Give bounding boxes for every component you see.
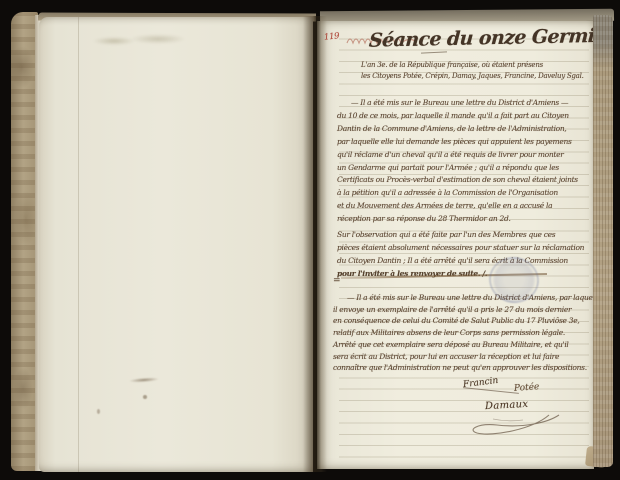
scanned-book-photo: Plaines 119 Séance du onze Germinal L'an… <box>0 0 620 480</box>
manuscript-line: à la pétition qu'il a adressée à la Comm… <box>337 187 578 200</box>
ink-bleedthrough <box>81 31 191 51</box>
paragraph-3: — Il a été mis sur le Bureau une lettre … <box>333 292 594 374</box>
ink-smudge <box>123 376 165 385</box>
manuscript-line: sera écrit au District, pour lui en accu… <box>333 351 594 363</box>
left-page-blank <box>39 17 313 472</box>
manuscript-line: Certificats ou Procès-verbal d'estimatio… <box>337 174 578 187</box>
manuscript-line: Arrêté que cet exemplaire sera déposé au… <box>333 339 594 351</box>
page-edges-right <box>593 15 613 467</box>
margin-rule-line <box>78 17 79 472</box>
manuscript-line: pièces étaient absolument nécessaires po… <box>337 242 584 255</box>
manuscript-line: il envoye un exemplaire de l'arrêté qu'i… <box>333 304 594 316</box>
book-spine-edge <box>11 12 38 471</box>
ink-speck <box>97 409 100 414</box>
book-gutter-shadow <box>303 16 327 472</box>
manuscript-line: les Citoyens Potée, Crépin, Damay, Jaque… <box>361 71 584 82</box>
manuscript-line: qu'il réclame d'un cheval qu'il a été re… <box>337 149 578 162</box>
manuscript-line: — Il a été mis sur le Bureau une lettre … <box>337 97 578 110</box>
seance-title: Séance du onze Germinal <box>368 24 594 51</box>
margin-mark: = <box>333 276 341 286</box>
ink-speck <box>143 395 147 399</box>
manuscript-line: par laquelle elle lui demande les pièces… <box>337 136 578 149</box>
right-page-manuscript: Plaines 119 Séance du onze Germinal L'an… <box>317 21 594 469</box>
manuscript-line: un Gendarme qui partait pour l'Armée ; q… <box>337 162 578 175</box>
manuscript-line: du Citoyen Dantin ; Il a été arrêté qu'i… <box>337 255 584 268</box>
signature: Potée <box>514 382 540 394</box>
manuscript-line: relatif aux Militaires absens de leur Co… <box>333 327 594 339</box>
manuscript-line: — Il a été mis sur le Bureau une lettre … <box>333 292 594 304</box>
manuscript-line: connaître que l'Administration ne peut q… <box>333 362 594 374</box>
manuscript-line: en conséquence de celui du Comité de Sal… <box>333 315 594 327</box>
manuscript-line: Dantin de la Commune d'Amiens, de la let… <box>337 123 578 136</box>
signature-flourish <box>463 411 575 441</box>
manuscript-line: réception par sa réponse du 28 Thermidor… <box>337 213 578 226</box>
paragraph-1: — Il a été mis sur le Bureau une lettre … <box>337 97 578 226</box>
paragraph-2: Sur l'observation qui a été faite par l'… <box>337 229 584 281</box>
attendance-subtitle: L'an 3e. de la République française, où … <box>361 60 584 83</box>
manuscript-line: L'an 3e. de la République française, où … <box>361 60 584 71</box>
manuscript-line: et du Mouvement des Armées de terre, qu'… <box>337 200 578 213</box>
manuscript-line: du 10 de ce mois, par laquelle il mande … <box>337 110 578 123</box>
manuscript-line: Sur l'observation qui a été faite par l'… <box>337 229 584 242</box>
